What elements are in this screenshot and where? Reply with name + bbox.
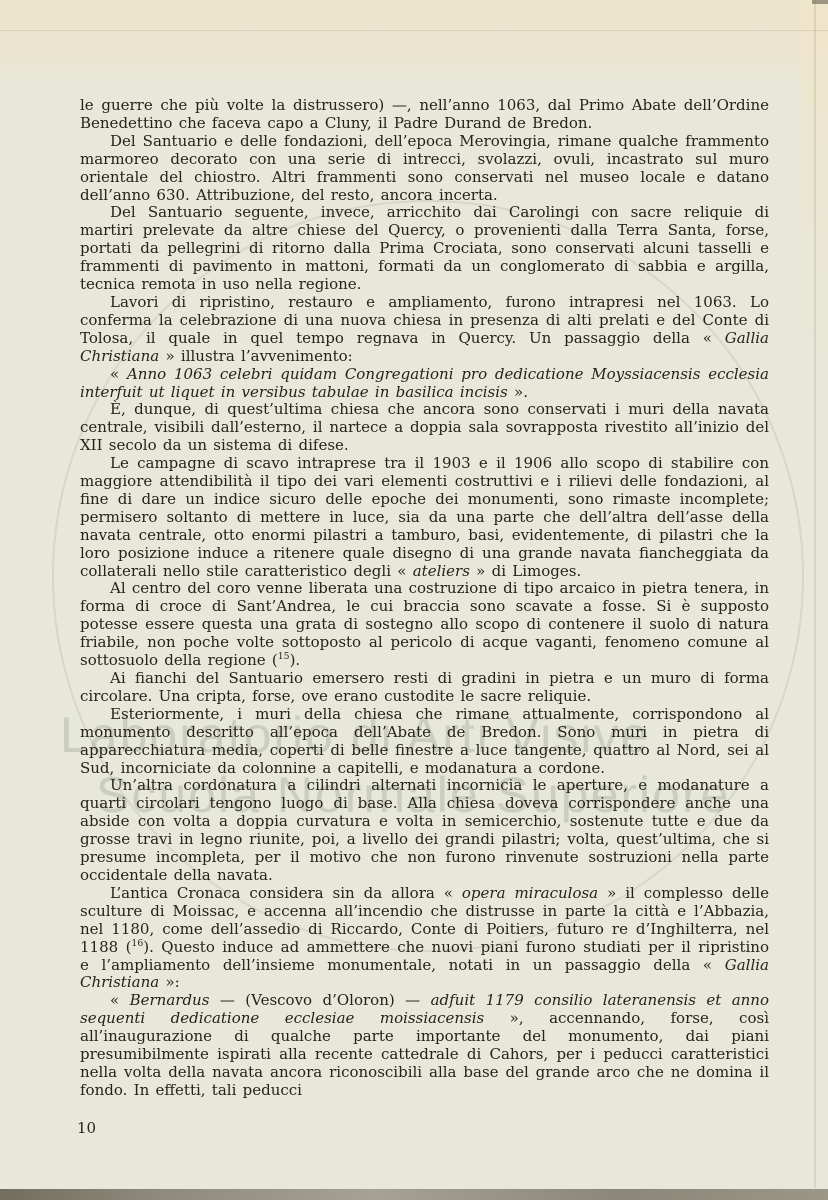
text-run: ). xyxy=(290,651,301,669)
italic-run: Anno 1063 celebri quidam Congregationi p… xyxy=(80,365,769,401)
paragraph-7: Le campagne di scavo intraprese tra il 1… xyxy=(80,455,769,580)
text-run: »: xyxy=(159,973,180,991)
page-top-edge-line xyxy=(0,30,828,31)
text-run: Un’altra cordonatura a cilindri alternat… xyxy=(80,776,769,884)
scan-bottom-edge-strip xyxy=(0,1189,828,1200)
paragraph-12: L’antica Cronaca considera sin da allora… xyxy=(80,885,769,992)
scan-top-light-band xyxy=(0,0,828,92)
text-run: Esteriormente, i muri della chiesa che r… xyxy=(80,705,769,777)
text-run: Del Santuario seguente, invece, arricchi… xyxy=(80,203,769,293)
footnote-reference: 16 xyxy=(131,938,143,949)
paragraph-13: « Bernardus — (Vescovo d’Oloron) — adfui… xyxy=(80,992,769,1099)
text-run: Al centro del coro venne liberata una co… xyxy=(80,579,769,669)
paragraph-10: Esteriormente, i muri della chiesa che r… xyxy=(80,706,769,778)
italic-run: ateliers xyxy=(413,562,470,580)
footnote-reference: 15 xyxy=(278,651,290,662)
text-run: « xyxy=(110,991,130,1009)
italic-run: Bernardus xyxy=(130,991,210,1009)
paragraph-5: « Anno 1063 celebri quidam Congregationi… xyxy=(80,366,769,402)
text-run: » illustra l’avvenimento: xyxy=(159,347,353,365)
paragraph-6: È, dunque, di quest’ultima chiesa che an… xyxy=(80,401,769,455)
text-run: » di Limoges. xyxy=(470,562,581,580)
text-run: — (Vescovo d’Oloron) — xyxy=(209,991,430,1009)
page-number: 10 xyxy=(77,1119,96,1137)
text-run: « xyxy=(110,365,127,383)
text-run: Ai fianchi del Santuario emersero resti … xyxy=(80,669,769,705)
text-run: Del Santuario e delle fondazioni, dell’e… xyxy=(80,132,769,204)
text-block: le guerre che più volte la distrussero) … xyxy=(80,97,769,1100)
paragraph-1: le guerre che più volte la distrussero) … xyxy=(80,97,769,133)
text-run: L’antica Cronaca considera sin da allora… xyxy=(110,884,462,902)
text-run: ). Questo induce ad ammettere che nuovi … xyxy=(80,938,769,974)
page-right-edge-line xyxy=(814,0,816,1188)
italic-run: opera miraculosa xyxy=(462,884,598,902)
scan-corner-shadow xyxy=(812,0,828,4)
paragraph-11: Un’altra cordonatura a cilindri alternat… xyxy=(80,777,769,884)
text-run: ». xyxy=(508,383,528,401)
paragraph-8: Al centro del coro venne liberata una co… xyxy=(80,580,769,670)
paragraph-9: Ai fianchi del Santuario emersero resti … xyxy=(80,670,769,706)
text-run: Lavori di ripristino, restauro e ampliam… xyxy=(80,293,769,347)
paragraph-2: Del Santuario e delle fondazioni, dell’e… xyxy=(80,133,769,205)
paragraph-3: Del Santuario seguente, invece, arricchi… xyxy=(80,204,769,294)
text-run: le guerre che più volte la distrussero) … xyxy=(80,96,769,132)
paragraph-4: Lavori di ripristino, restauro e ampliam… xyxy=(80,294,769,366)
text-run: È, dunque, di quest’ultima chiesa che an… xyxy=(80,400,769,454)
